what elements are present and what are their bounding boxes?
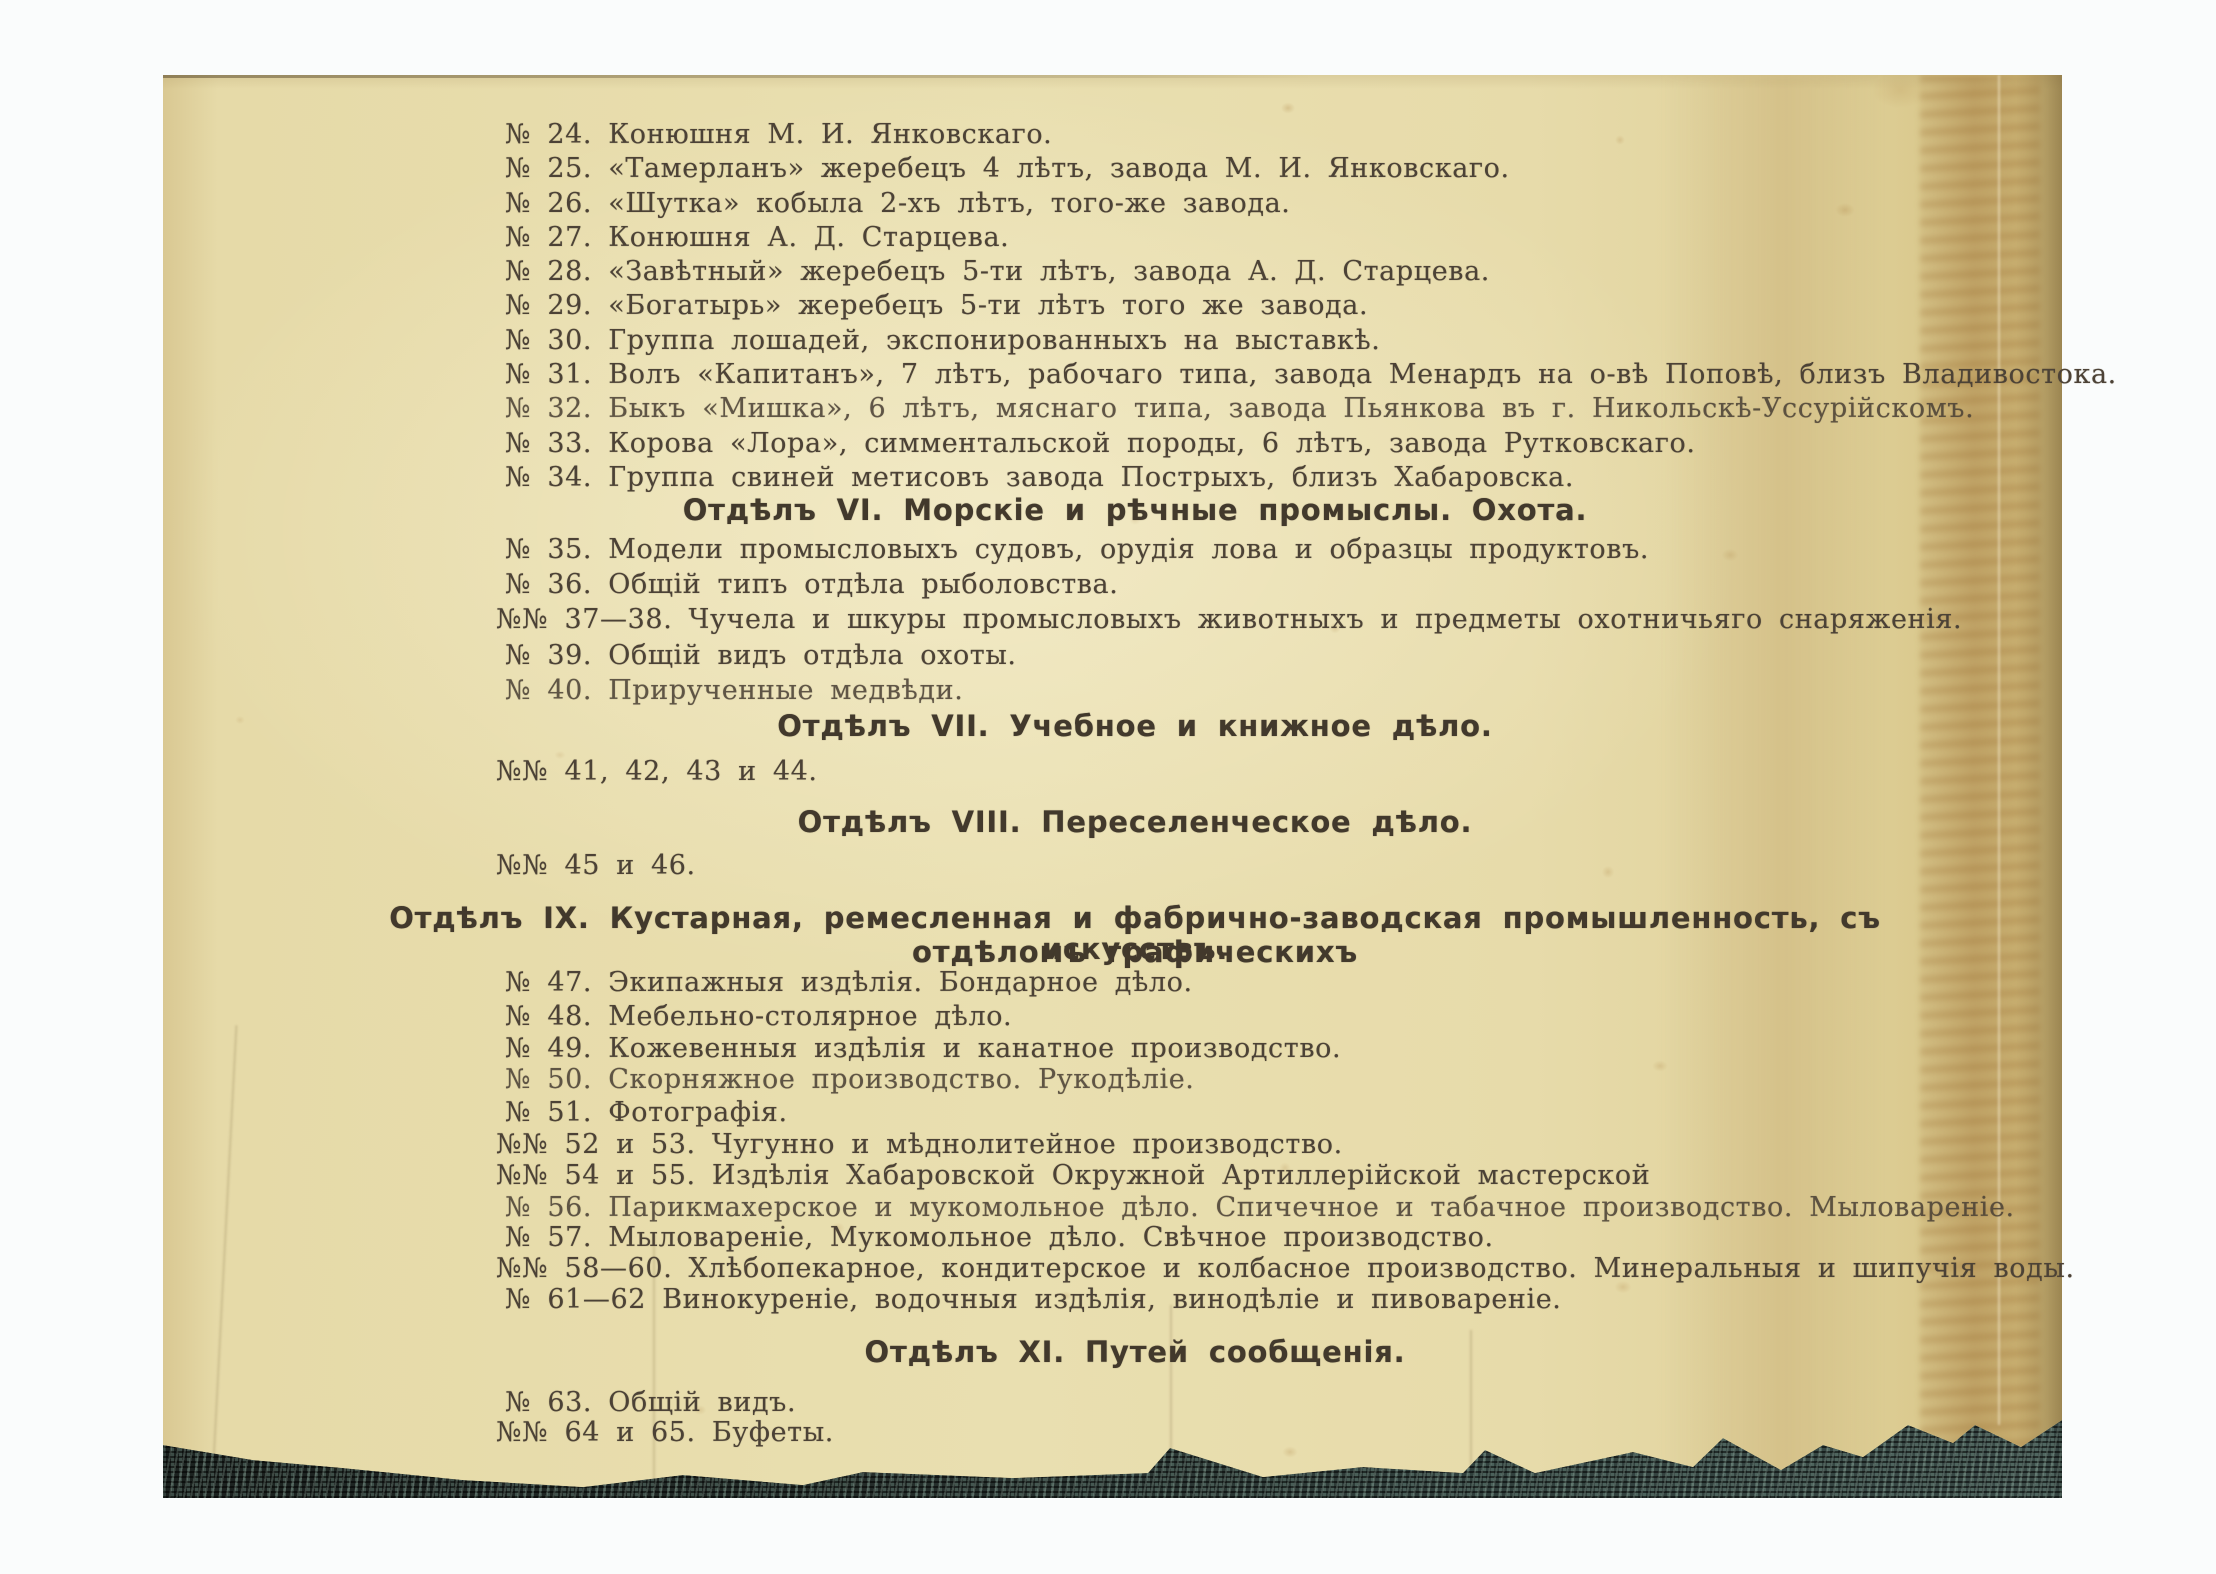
section-header: Отдѣлъ VI. Морскіе и рѣчные промыслы. Ох… (350, 493, 1920, 527)
catalog-line: № 50. Скорняжное производство. Рукодѣліе… (505, 1063, 1194, 1097)
catalog-line: № 49. Кожевенныя издѣлія и канатное прои… (505, 1032, 1341, 1066)
catalog-line: №№ 41, 42, 43 и 44. (496, 755, 818, 789)
catalog-line: № 63. Общій видъ. (505, 1386, 796, 1420)
catalog-line: № 34. Группа свиней метисовъ завода Пост… (505, 461, 1574, 495)
catalog-line: № 33. Корова «Лора», симментальской поро… (505, 427, 1696, 461)
section-header: Отдѣлъ VIII. Переселенческое дѣло. (350, 805, 1920, 839)
section-header: Отдѣлъ XI. Путей сообщенія. (350, 1335, 1920, 1369)
catalog-line: №№ 52 и 53. Чугунно и мѣднолитейное прои… (496, 1128, 1343, 1162)
section-header: искусствъ. (350, 932, 1920, 966)
catalog-line: №№ 54 и 55. Издѣлія Хабаровской Окружной… (496, 1159, 1650, 1193)
scan-canvas: № 24. Конюшня М. И. Янковскаго. № 25. «Т… (0, 0, 2216, 1574)
catalog-line: №№ 45 и 46. (496, 849, 696, 883)
catalog-line: № 32. Быкъ «Мишка», 6 лѣтъ, мяснаго типа… (505, 392, 1974, 426)
catalog-line: № 51. Фотографія. (505, 1096, 788, 1130)
catalog-line: № 27. Конюшня А. Д. Старцева. (505, 221, 1009, 255)
catalog-line: № 30. Группа лошадей, экспонированныхъ н… (505, 324, 1380, 358)
catalog-line: № 40. Прирученные медвѣди. (505, 674, 963, 708)
catalog-line: № 47. Экипажныя издѣлія. Бондарное дѣло. (505, 966, 1193, 1000)
catalog-line: № 48. Мебельно-столярное дѣло. (505, 1000, 1012, 1034)
catalog-line: №№ 64 и 65. Буфеты. (496, 1416, 834, 1450)
catalog-line: № 25. «Тамерланъ» жеребецъ 4 лѣтъ, завод… (505, 152, 1510, 186)
catalog-line: № 24. Конюшня М. И. Янковскаго. (505, 118, 1052, 152)
catalog-line: №№ 58—60. Хлѣбопекарное, кондитерское и … (496, 1252, 2075, 1286)
section-header: Отдѣлъ VII. Учебное и книжное дѣло. (350, 709, 1920, 743)
catalog-line: № 61—62 Винокуреніе, водочныя издѣлія, в… (505, 1283, 1562, 1317)
catalog-line: № 57. Мыловареніе, Мукомольное дѣло. Свѣ… (505, 1221, 1494, 1255)
catalog-line: № 26. «Шутка» кобыла 2-хъ лѣтъ, того-же … (505, 187, 1291, 221)
catalog-line: №№ 37—38. Чучела и шкуры промысловыхъ жи… (496, 603, 1962, 637)
catalog-line: № 35. Модели промысловыхъ судовъ, орудія… (505, 533, 1649, 567)
catalog-line: № 39. Общій видъ отдѣла охоты. (505, 639, 1017, 673)
catalog-line: № 29. «Богатырь» жеребецъ 5-ти лѣтъ того… (505, 289, 1368, 323)
catalog-line: № 36. Общій типъ отдѣла рыболовства. (505, 568, 1118, 602)
catalog-line: № 56. Парикмахерское и мукомольное дѣло.… (505, 1191, 2015, 1225)
catalog-line: № 28. «Завѣтный» жеребецъ 5-ти лѣтъ, зав… (505, 255, 1490, 289)
catalog-line: № 31. Волъ «Капитанъ», 7 лѣтъ, рабочаго … (505, 358, 2117, 392)
